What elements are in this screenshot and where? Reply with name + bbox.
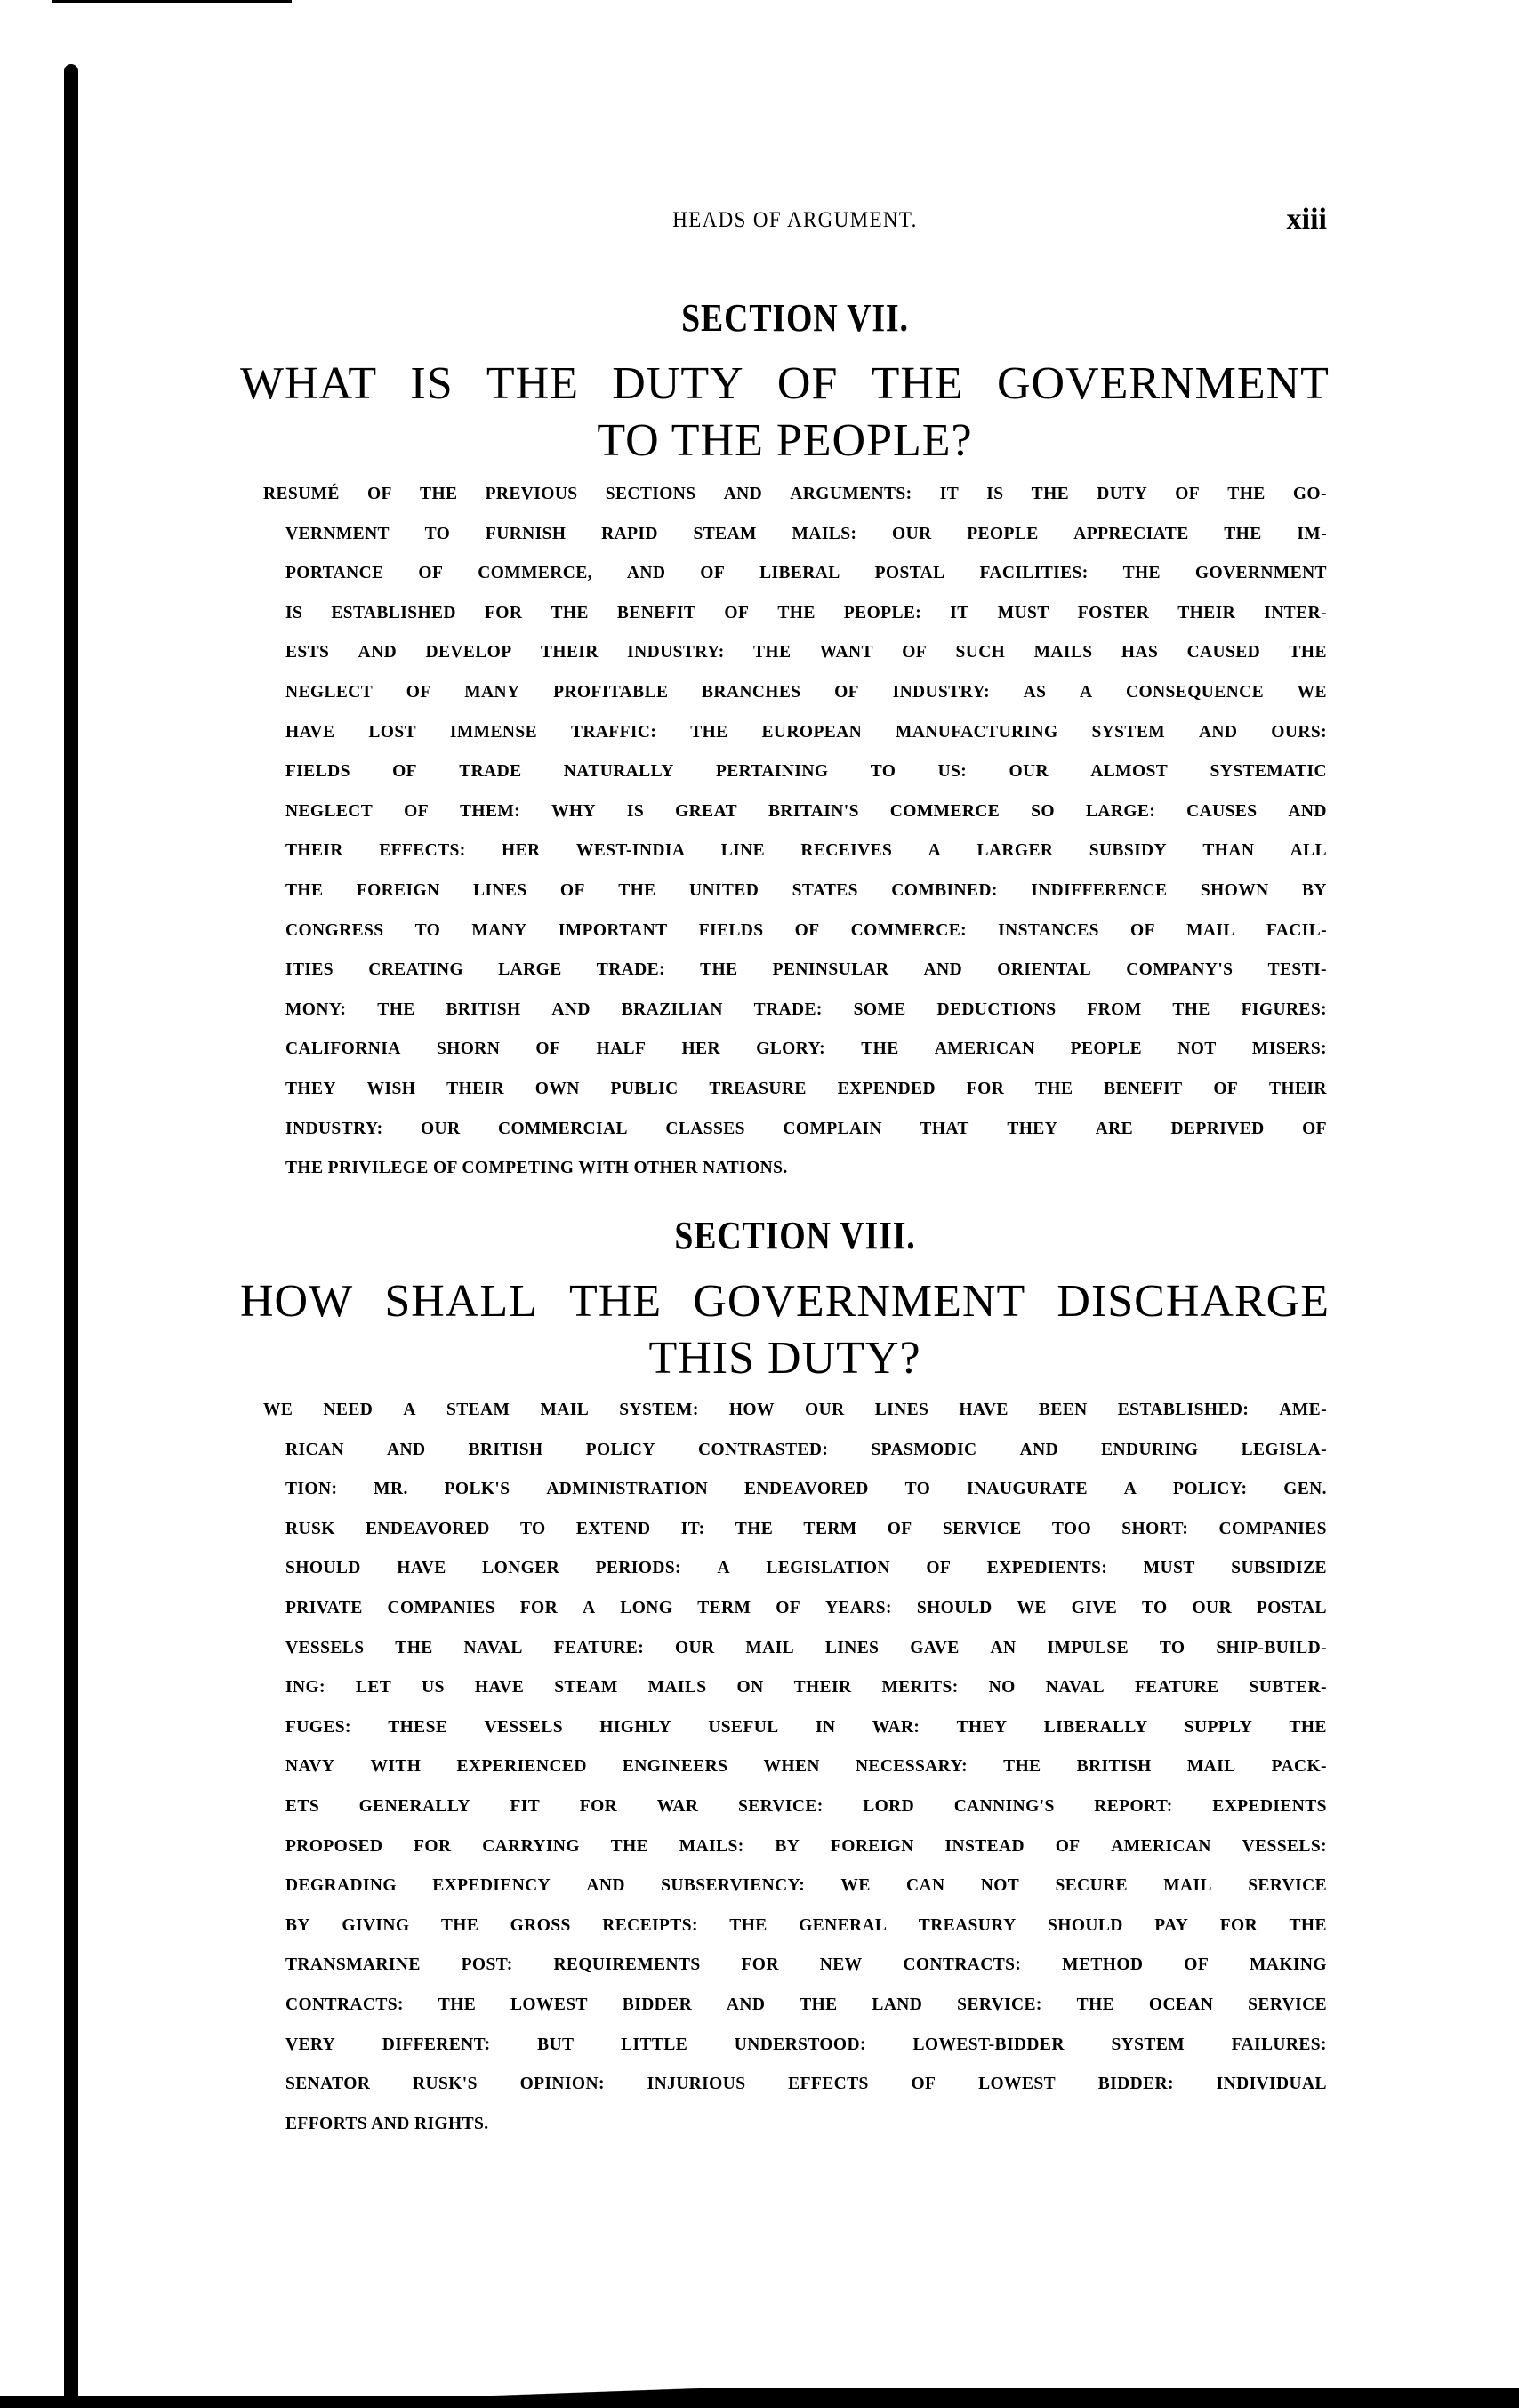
section-7-label: SECTION VII. [338,299,1253,338]
summary-line: SENATORRUSK'SOPINION:INJURIOUSEFFECTSOFL… [263,2074,1327,2114]
summary-line: THEFOREIGNLINESOFTHEUNITEDSTATESCOMBINED… [263,880,1327,920]
summary-line: MONY:THEBRITISHANDBRAZILIANTRADE:SOMEDED… [263,999,1327,1039]
summary-line: CALIFORNIASHORNOFHALFHERGLORY:THEAMERICA… [263,1039,1327,1079]
summary-line: RUSKENDEAVOREDTOEXTENDIT:THETERMOFSERVIC… [263,1519,1327,1559]
section-7-title-line: TO THE PEOPLE? [240,413,1330,470]
running-head: HEADS OF ARGUMENT. xiii [263,203,1327,235]
section-8-summary: WENEEDASTEAMMAILSYSTEM:HOWOURLINESHAVEBE… [263,1400,1327,2153]
scan-bottom-edge [0,2396,1519,2408]
summary-line: BYGIVINGTHEGROSSRECEIPTS:THEGENERALTREAS… [263,1915,1327,1955]
summary-line: SHOULDHAVELONGERPERIODS:ALEGISLATIONOFEX… [263,1558,1327,1598]
summary-line: PORTANCEOFCOMMERCE,ANDOFLIBERALPOSTALFAC… [263,563,1327,603]
section-8-label: SECTION VIII. [338,1216,1253,1256]
summary-line: DEGRADINGEXPEDIENCYANDSUBSERVIENCY:WECAN… [263,1875,1327,1915]
summary-line: NAVYWITHEXPERIENCEDENGINEERSWHENNECESSAR… [263,1756,1327,1796]
summary-line: TION:MR.POLK'SADMINISTRATIONENDEAVOREDTO… [263,1479,1327,1519]
summary-line: ITIESCREATINGLARGETRADE:THEPENINSULARAND… [263,959,1327,999]
section-7-summary: RESUMÉOFTHEPREVIOUSSECTIONSANDARGUMENTS:… [263,484,1327,1198]
summary-line: HAVELOSTIMMENSETRAFFIC:THEEUROPEANMANUFA… [263,722,1327,762]
summary-line: VERNMENTTOFURNISHRAPIDSTEAMMAILS:OURPEOP… [263,524,1327,564]
section-7-title-line: WHATISTHEDUTYOFTHEGOVERNMENT [240,356,1330,413]
section-8-title-line: THIS DUTY? [240,1330,1330,1387]
summary-line: FUGES:THESEVESSELSHIGHLYUSEFULINWAR:THEY… [263,1717,1327,1757]
summary-line: PROPOSEDFORCARRYINGTHEMAILS:BYFOREIGNINS… [263,1836,1327,1876]
summary-line: TRANSMARINEPOST:REQUIREMENTSFORNEWCONTRA… [263,1954,1327,1995]
summary-line: FIELDSOFTRADENATURALLYPERTAININGTOUS:OUR… [263,761,1327,801]
summary-line: CONGRESSTOMANYIMPORTANTFIELDSOFCOMMERCE:… [263,920,1327,960]
summary-line: VERYDIFFERENT:BUTLITTLEUNDERSTOOD:LOWEST… [263,2035,1327,2075]
summary-line: INDUSTRY:OURCOMMERCIALCLASSESCOMPLAINTHA… [263,1119,1327,1159]
summary-line: VESSELSTHENAVALFEATURE:OURMAILLINESGAVEA… [263,1638,1327,1678]
running-title: HEADS OF ARGUMENT. [306,208,1284,233]
summary-line: NEGLECTOFTHEM:WHYISGREATBRITAIN'SCOMMERC… [263,801,1327,841]
section-8-title-line: HOWSHALLTHEGOVERNMENTDISCHARGE [240,1273,1330,1330]
summary-line: RESUMÉOFTHEPREVIOUSSECTIONSANDARGUMENTS:… [263,484,1327,524]
summary-line: THE PRIVILEGE OF COMPETING WITH OTHER NA… [263,1158,1327,1198]
summary-line: ISESTABLISHEDFORTHEBENEFITOFTHEPEOPLE:IT… [263,603,1327,643]
summary-line: THEYWISHTHEIROWNPUBLICTREASUREEXPENDEDFO… [263,1079,1327,1119]
binding-shadow [64,64,78,2408]
summary-line: ESTSANDDEVELOPTHEIRINDUSTRY:THEWANTOFSUC… [263,642,1327,682]
summary-line: ETSGENERALLYFITFORWARSERVICE:LORDCANNING… [263,1796,1327,1836]
summary-line: EFFORTS AND RIGHTS. [263,2114,1327,2154]
summary-line: PRIVATECOMPANIESFORALONGTERMOFYEARS:SHOU… [263,1598,1327,1638]
summary-line: THEIREFFECTS:HERWEST-INDIALINERECEIVESAL… [263,840,1327,880]
summary-line: CONTRACTS:THELOWESTBIDDERANDTHELANDSERVI… [263,1995,1327,2035]
summary-line: ING:LETUSHAVESTEAMMAILSONTHEIRMERITS:NON… [263,1677,1327,1717]
summary-line: WENEEDASTEAMMAILSYSTEM:HOWOURLINESHAVEBE… [263,1400,1327,1440]
page-number: xiii [1287,203,1327,237]
scan-edge-rule [52,0,292,3]
section-7-title: WHATISTHEDUTYOFTHEGOVERNMENT TO THE PEOP… [240,356,1330,470]
section-8-title: HOWSHALLTHEGOVERNMENTDISCHARGE THIS DUTY… [240,1273,1330,1387]
summary-line: NEGLECTOFMANYPROFITABLEBRANCHESOFINDUSTR… [263,682,1327,722]
summary-line: RICANANDBRITISHPOLICYCONTRASTED:SPASMODI… [263,1440,1327,1480]
